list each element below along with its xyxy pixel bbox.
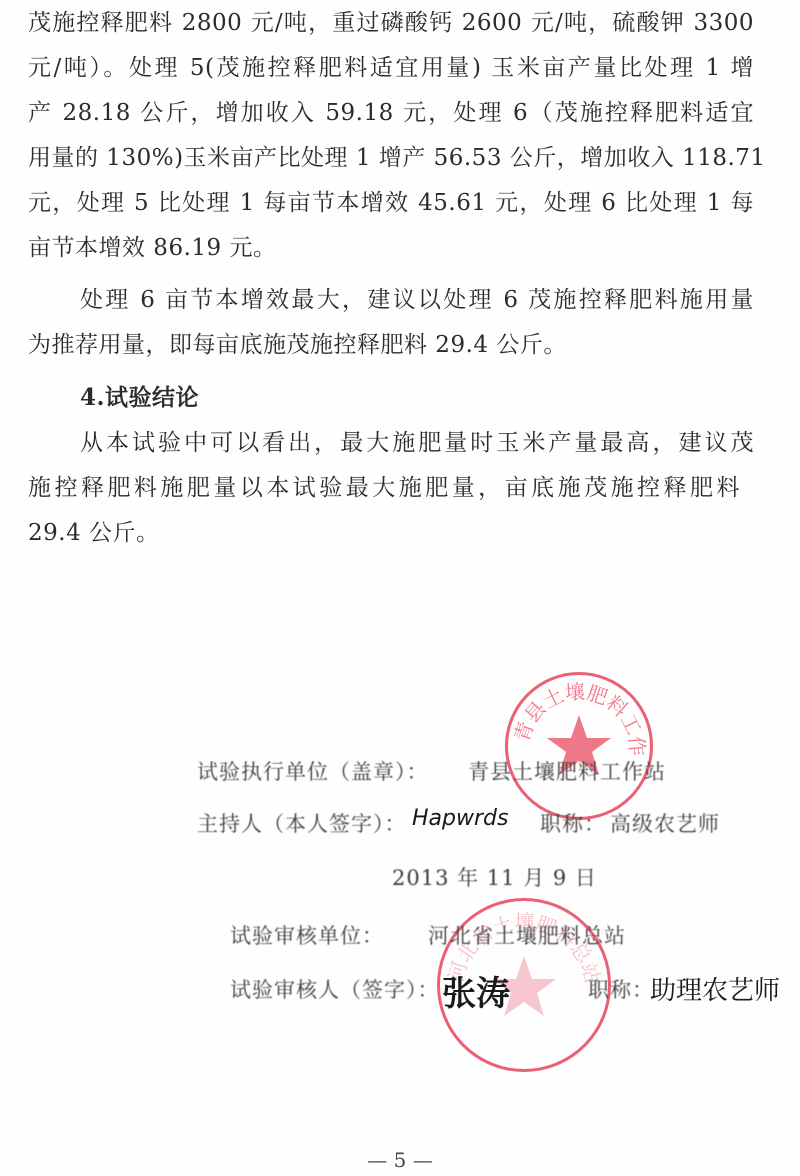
official-stamp-1: 青县土壤肥料工作站: [505, 672, 653, 820]
reviewer-title-value: 助理农艺师: [650, 970, 780, 1007]
section-heading: 4.试验结论: [80, 383, 199, 413]
body-line-4: 用量的 130%)玉米亩产比处理 1 增产 56.53 公斤，增加收入 118.…: [28, 143, 754, 173]
body-line-9: 从本试验中可以看出，最大施肥量时玉米产量最高，建议茂: [80, 428, 754, 458]
review-unit-value: 河北省土壤肥料总站: [428, 922, 626, 950]
exec-unit-value: 青县土壤肥料工作站: [468, 758, 666, 786]
exec-unit-label: 试验执行单位（盖章）：: [197, 758, 429, 786]
reviewer-signature: 张涛: [442, 966, 510, 1015]
host-title-label: 职称：: [540, 810, 606, 838]
host-signature: Hapwrds: [412, 806, 508, 831]
host-label: 主持人（本人签字）：: [197, 810, 407, 838]
page-number: — 5 —: [0, 1148, 800, 1172]
body-line-5: 元，处理 5 比处理 1 每亩节本增效 45.61 元，处理 6 比处理 1 每: [28, 188, 754, 218]
star-icon: 青县土壤肥料工作站: [508, 675, 650, 817]
reviewer-label: 试验审核人（签字）：: [230, 976, 440, 1004]
body-line-11: 29.4 公斤。: [28, 518, 754, 548]
reviewer-title-label: 职称：: [588, 976, 654, 1004]
body-line-6: 亩节本增效 86.19 元。: [28, 233, 754, 263]
body-line-7: 处理 6 亩节本增效最大，建议以处理 6 茂施控释肥料施用量: [80, 285, 754, 315]
body-line-3: 产 28.18 公斤，增加收入 59.18 元，处理 6（茂施控释肥料适宜: [28, 98, 754, 128]
body-line-1: 茂施控释肥料 2800 元/吨，重过磷酸钙 2600 元/吨，硫酸钾 3300: [28, 8, 754, 38]
host-title-value: 高级农艺师: [610, 810, 720, 838]
sign-date: 2013 年 11 月 9 日: [392, 864, 597, 892]
body-line-10: 施控释肥料施肥量以本试验最大施肥量，亩底施茂施控释肥料: [28, 473, 740, 503]
body-line-8: 为推荐用量，即每亩底施茂施控释肥料 29.4 公斤。: [28, 330, 754, 360]
body-line-2: 元/吨）。处理 5(茂施控释肥料适宜用量) 玉米亩产量比处理 1 增: [28, 53, 754, 83]
review-unit-label: 试验审核单位：: [230, 922, 384, 950]
